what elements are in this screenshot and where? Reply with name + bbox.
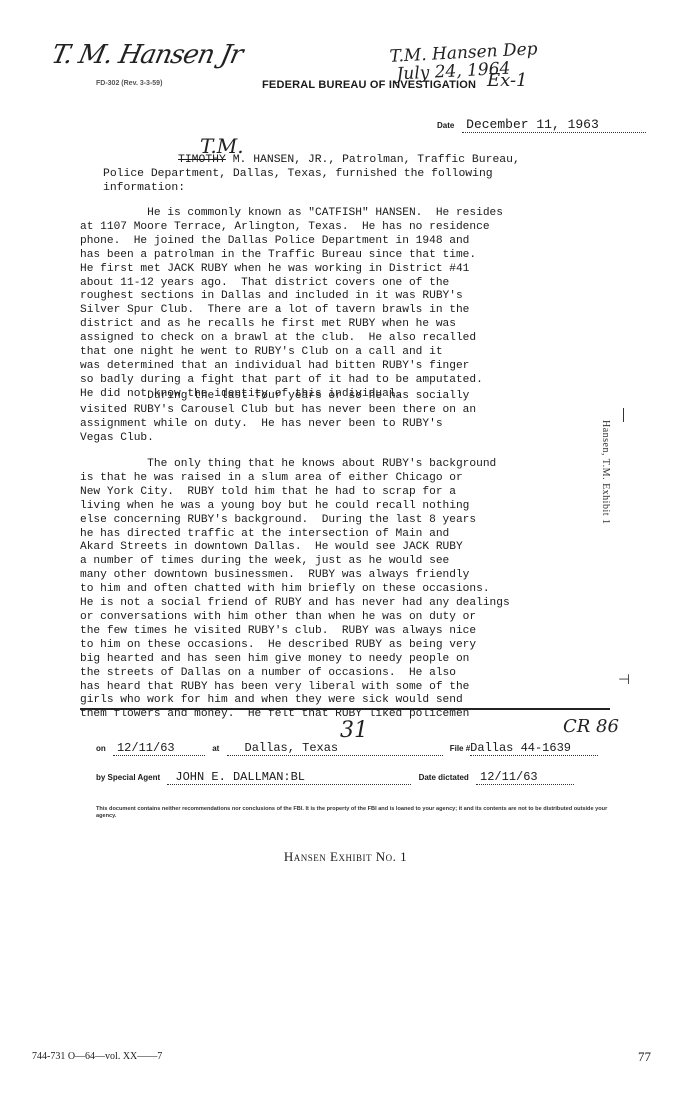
text-line: living when he was a young boy but he co… [80, 500, 600, 514]
text-line: During the last four years or so he has … [80, 390, 600, 404]
text-line: was determined that an individual had bi… [80, 360, 600, 374]
text-line: to him and often chatted with him briefl… [80, 583, 600, 597]
text-line: about 11-12 years ago. That district cov… [80, 277, 600, 291]
margin-exhibit-label: Hansen, T.M. Exhibit 1 [600, 420, 611, 525]
intro-text: TIMOTHY M. HANSEN, JR., Patrolman, Traff… [103, 153, 573, 195]
intro-line-3: information: [103, 182, 185, 194]
dictated-value: 12/11/63 [476, 770, 574, 785]
intro-line-1: M. HANSEN, JR., Patrolman, Traffic Burea… [226, 154, 520, 166]
text-line: a number of times during the week, just … [80, 555, 600, 569]
section-divider [80, 708, 610, 710]
handwritten-signature: T. M. Hansen Jr [49, 40, 245, 70]
text-line: He first met JACK RUBY when he was worki… [80, 263, 600, 277]
interview-details-row: on 12/11/63 at Dallas, Texas File #Dalla… [96, 741, 598, 756]
file-label: File # [450, 744, 470, 753]
exhibit-caption: Hansen Exhibit No. 1 [0, 849, 691, 865]
margin-mark: ⊣ [618, 672, 630, 689]
fbi-disclaimer: This document contains neither recommend… [96, 806, 626, 820]
at-value: Dallas, Texas [227, 741, 443, 756]
text-line: at 1107 Moore Terrace, Arlington, Texas.… [80, 221, 600, 235]
paragraph-2: During the last four years or so he has … [80, 390, 600, 446]
text-line: or conversations with him other than whe… [80, 611, 600, 625]
date-value: December 11, 1963 [462, 117, 646, 133]
struck-name: TIMOTHY [178, 154, 226, 166]
page-number: 77 [638, 1049, 651, 1065]
agent-row: by Special Agent JOHN E. DALLMAN:BL Date… [96, 770, 574, 785]
text-line: assignment while on duty. He has never b… [80, 418, 600, 432]
text-line: is that he was raised in a slum area of … [80, 472, 600, 486]
text-line: Akard Streets in downtown Dallas. He wou… [80, 541, 600, 555]
text-line: The only thing that he knows about RUBY'… [80, 458, 600, 472]
date-label: Date [437, 121, 454, 130]
text-line: phone. He joined the Dallas Police Depar… [80, 235, 600, 249]
text-line: Silver Spur Club. There are a lot of tav… [80, 304, 600, 318]
text-line: the few times he visited RUBY's club. RU… [80, 625, 600, 639]
text-line: roughest sections in Dallas and included… [80, 290, 600, 304]
form-number: FD-302 (Rev. 3-3-59) [96, 80, 162, 87]
handwritten-number: 31 [340, 718, 368, 743]
margin-tick [623, 408, 624, 422]
dictated-label: Date dictated [419, 773, 469, 782]
exhibit-mark: Ex-1 [487, 70, 528, 91]
paragraph-1: He is commonly known as "CATFISH" HANSEN… [80, 207, 600, 402]
on-label: on [96, 744, 106, 753]
text-line: the streets of Dallas on a number of occ… [80, 667, 600, 681]
text-line: visited RUBY's Carousel Club but has nev… [80, 404, 600, 418]
text-line: He is not a social friend of RUBY and ha… [80, 597, 600, 611]
document-date: Date December 11, 1963 [437, 117, 646, 133]
agency-title: FEDERAL BUREAU OF INVESTIGATION [262, 79, 476, 91]
text-line: so badly during a fight that part of it … [80, 374, 600, 388]
text-line: girls who work for him and when they wer… [80, 694, 600, 708]
paragraph-3: The only thing that he knows about RUBY'… [80, 458, 600, 722]
text-line: has been a patrolman in the Traffic Bure… [80, 249, 600, 263]
file-value: Dallas 44-1639 [470, 741, 598, 756]
text-line: he has directed traffic at the intersect… [80, 528, 600, 542]
print-code: 744-731 O—64—vol. XX——7 [32, 1051, 162, 1062]
agent-value: JOHN E. DALLMAN:BL [167, 770, 411, 785]
on-value: 12/11/63 [113, 741, 205, 756]
intro-line-2: Police Department, Dallas, Texas, furnis… [103, 168, 493, 180]
text-line: to him on these occasions. He described … [80, 639, 600, 653]
handwritten-cr-number: CR 86 [563, 716, 619, 737]
text-line: big hearted and has seen him give money … [80, 653, 600, 667]
text-line: many other downtown businessmen. RUBY wa… [80, 569, 600, 583]
at-label: at [212, 744, 219, 753]
text-line: else concerning RUBY's background. Durin… [80, 514, 600, 528]
text-line: Vegas Club. [80, 432, 600, 446]
text-line: assigned to check on a brawl at the club… [80, 332, 600, 346]
text-line: district and as he recalls he first met … [80, 318, 600, 332]
agent-label: by Special Agent [96, 773, 160, 782]
text-line: that one night he went to RUBY's Club on… [80, 346, 600, 360]
text-line: He is commonly known as "CATFISH" HANSEN… [80, 207, 600, 221]
text-line: New York City. RUBY told him that he had… [80, 486, 600, 500]
text-line: has heard that RUBY has been very libera… [80, 681, 600, 695]
